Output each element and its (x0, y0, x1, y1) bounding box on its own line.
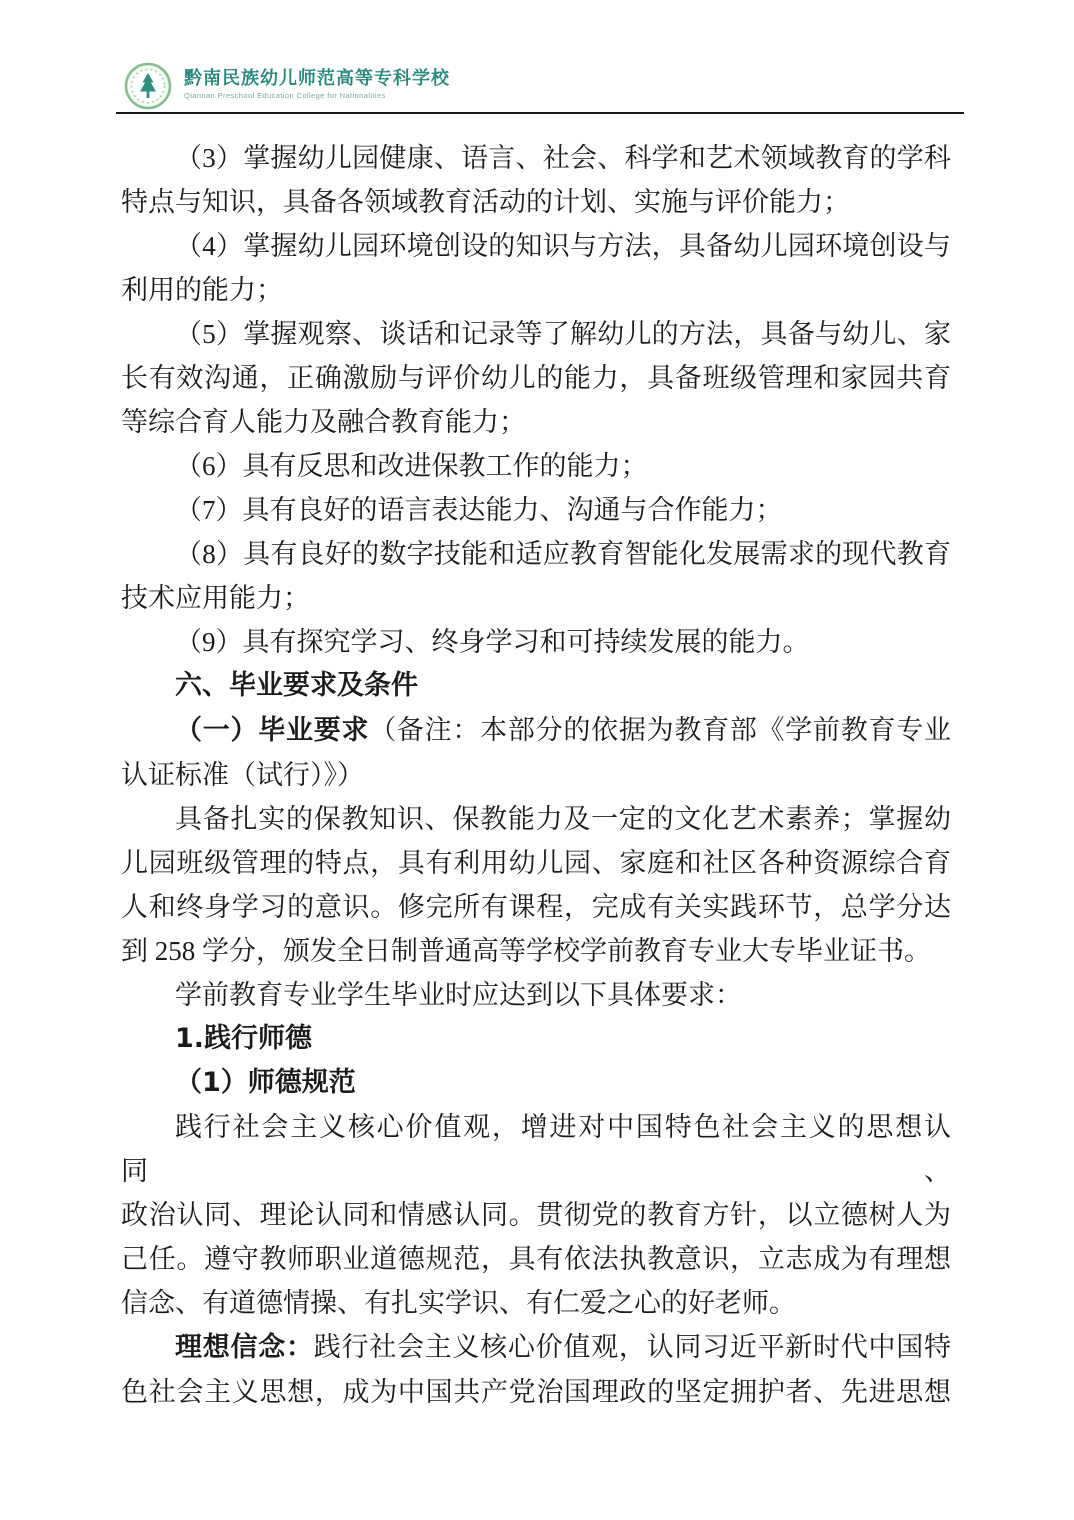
text-run: 信念、有道德情操、有扎实学识、有仁爱之心的好老师。 (121, 1288, 796, 1318)
text-run: 践行社会主义核心价值观，增进对中国特色社会主义的思想认同、 (121, 1112, 951, 1186)
text-run: （8）具有良好的数字技能和适应教育智能化发展需求的现代教育 (175, 539, 951, 569)
document-page: 黔南民族幼儿师范高等专科学校 Qiannan Preschool Educati… (0, 0, 1074, 1520)
text-run: 技术应用能力； (121, 583, 310, 613)
text-line: 具备扎实的保教知识、保教能力及一定的文化艺术素养；掌握幼 (121, 797, 951, 841)
text-line: 利用的能力； (121, 268, 951, 312)
text-line: 六、毕业要求及条件 (121, 664, 951, 708)
text-line: 政治认同、理论认同和情感认同。贯彻党的教育方针，以立德树人为 (121, 1193, 951, 1237)
text-line: 人和终身学习的意识。修完所有课程，完成有关实践环节，总学分达 (121, 885, 951, 929)
item-3: （3）掌握幼儿园健康、语言、社会、科学和艺术领域教育的学科特点与知识，具备各领域… (121, 136, 951, 224)
text-line: 践行社会主义核心价值观，增进对中国特色社会主义的思想认同、 (121, 1105, 951, 1193)
text-line: （4）掌握幼儿园环境创设的知识与方法，具备幼儿园环境创设与 (121, 224, 951, 268)
requirements-intro: 学前教育专业学生毕业时应达到以下具体要求： (121, 973, 951, 1017)
school-name-zh: 黔南民族幼儿师范高等专科学校 (184, 66, 450, 90)
text-run: 到 258 学分，颁发全日制普通高等学校学前教育专业大专毕业证书。 (121, 936, 931, 966)
text-line: （8）具有良好的数字技能和适应教育智能化发展需求的现代教育 (121, 532, 951, 576)
school-seal-icon (124, 62, 172, 110)
text-line: 己任。遵守教师职业道德规范，具有依法执教意识，立志成为有理想 (121, 1237, 951, 1281)
text-run: 利用的能力； (121, 275, 283, 305)
text-run: （备注：本部分的依据为教育部《学前教育专业 (369, 715, 951, 745)
text-line: （6）具有反思和改进保教工作的能力； (121, 444, 951, 488)
text-run: 儿园班级管理的特点，具有利用幼儿园、家庭和社区各种资源综合育 (121, 848, 951, 878)
section-heading-6: 六、毕业要求及条件 (121, 664, 951, 708)
text-line: 技术应用能力； (121, 576, 951, 620)
text-run: 长有效沟通，正确激励与评价幼儿的能力，具备班级管理和家园共育 (121, 363, 951, 393)
text-line: 长有效沟通，正确激励与评价幼儿的能力，具备班级管理和家园共育 (121, 356, 951, 400)
text-run: 1.践行师德 (175, 1023, 312, 1054)
text-run: 人和终身学习的意识。修完所有课程，完成有关实践环节，总学分达 (121, 892, 951, 922)
text-line: （5）掌握观察、谈话和记录等了解幼儿的方法，具备与幼儿、家 (121, 312, 951, 356)
heading-1-shide: 1.践行师德 (121, 1017, 951, 1061)
text-run: 政治认同、理论认同和情感认同。贯彻党的教育方针，以立德树人为 (121, 1200, 951, 1230)
document-body: （3）掌握幼儿园健康、语言、社会、科学和艺术领域教育的学科特点与知识，具备各领域… (121, 136, 951, 1414)
bold-text-run: （一）毕业要求 (175, 715, 369, 746)
text-line: 1.践行师德 (121, 1017, 951, 1061)
text-run: 特点与知识，具备各领域教育活动的计划、实施与评价能力； (121, 187, 850, 217)
lixiang-xinnian-para: 理想信念：践行社会主义核心价值观，认同习近平新时代中国特色社会主义思想，成为中国… (121, 1325, 951, 1414)
text-line: （9）具有探究学习、终身学习和可持续发展的能力。 (121, 620, 951, 664)
item-8: （8）具有良好的数字技能和适应教育智能化发展需求的现代教育技术应用能力； (121, 532, 951, 620)
text-line: （3）掌握幼儿园健康、语言、社会、科学和艺术领域教育的学科 (121, 136, 951, 180)
text-run: 色社会主义思想，成为中国共产党治国理政的坚定拥护者、先进思想 (121, 1377, 951, 1407)
text-run: （9）具有探究学习、终身学习和可持续发展的能力。 (175, 627, 810, 657)
text-run: 六、毕业要求及条件 (175, 670, 418, 701)
text-line: 理想信念：践行社会主义核心价值观，认同习近平新时代中国特 (121, 1325, 951, 1370)
text-line: 信念、有道德情操、有扎实学识、有仁爱之心的好老师。 (121, 1281, 951, 1325)
heading-1-1-shide-guifan: （1）师德规范 (121, 1061, 951, 1105)
text-run: 学前教育专业学生毕业时应达到以下具体要求： (175, 980, 742, 1010)
text-run: 认证标准（试行）》） (121, 760, 364, 790)
text-line: 特点与知识，具备各领域教育活动的计划、实施与评价能力； (121, 180, 951, 224)
shide-guifan-para: 践行社会主义核心价值观，增进对中国特色社会主义的思想认同、政治认同、理论认同和情… (121, 1105, 951, 1325)
item-6: （6）具有反思和改进保教工作的能力； (121, 444, 951, 488)
item-5: （5）掌握观察、谈话和记录等了解幼儿的方法，具备与幼儿、家长有效沟通，正确激励与… (121, 312, 951, 444)
text-run: （6）具有反思和改进保教工作的能力； (175, 451, 648, 481)
text-run: （4）掌握幼儿园环境创设的知识与方法，具备幼儿园环境创设与 (175, 231, 951, 261)
school-name-en: Qiannan Preschool Education College for … (184, 90, 450, 101)
item-9: （9）具有探究学习、终身学习和可持续发展的能力。 (121, 620, 951, 664)
text-run: 等综合育人能力及融合教育能力； (121, 407, 526, 437)
text-line: 学前教育专业学生毕业时应达到以下具体要求： (121, 973, 951, 1017)
text-run: 己任。遵守教师职业道德规范，具有依法执教意识，立志成为有理想 (121, 1244, 951, 1274)
text-line: 等综合育人能力及融合教育能力； (121, 400, 951, 444)
text-line: （1）师德规范 (121, 1061, 951, 1105)
bold-text-run: 理想信念： (175, 1332, 314, 1363)
text-line: 儿园班级管理的特点，具有利用幼儿园、家庭和社区各种资源综合育 (121, 841, 951, 885)
text-run: （5）掌握观察、谈话和记录等了解幼儿的方法，具备与幼儿、家 (175, 319, 951, 349)
text-line: （7）具有良好的语言表达能力、沟通与合作能力； (121, 488, 951, 532)
text-run: 具备扎实的保教知识、保教能力及一定的文化艺术素养；掌握幼 (175, 804, 951, 834)
text-line: 色社会主义思想，成为中国共产党治国理政的坚定拥护者、先进思想 (121, 1370, 951, 1414)
graduation-summary: 具备扎实的保教知识、保教能力及一定的文化艺术素养；掌握幼儿园班级管理的特点，具有… (121, 797, 951, 973)
text-run: 践行社会主义核心价值观，认同习近平新时代中国特 (314, 1332, 951, 1362)
text-line: 到 258 学分，颁发全日制普通高等学校学前教育专业大专毕业证书。 (121, 929, 951, 973)
item-4: （4）掌握幼儿园环境创设的知识与方法，具备幼儿园环境创设与利用的能力； (121, 224, 951, 312)
text-line: 认证标准（试行）》） (121, 753, 951, 797)
text-run: （1）师德规范 (175, 1067, 356, 1098)
subsection-graduation-requirements: （一）毕业要求（备注：本部分的依据为教育部《学前教育专业认证标准（试行）》） (121, 708, 951, 797)
text-run: （7）具有良好的语言表达能力、沟通与合作能力； (175, 495, 783, 525)
item-7: （7）具有良好的语言表达能力、沟通与合作能力； (121, 488, 951, 532)
text-line: （一）毕业要求（备注：本部分的依据为教育部《学前教育专业 (121, 708, 951, 753)
school-name-block: 黔南民族幼儿师范高等专科学校 Qiannan Preschool Educati… (184, 66, 450, 101)
header-divider (116, 112, 964, 114)
text-run: （3）掌握幼儿园健康、语言、社会、科学和艺术领域教育的学科 (175, 143, 951, 173)
